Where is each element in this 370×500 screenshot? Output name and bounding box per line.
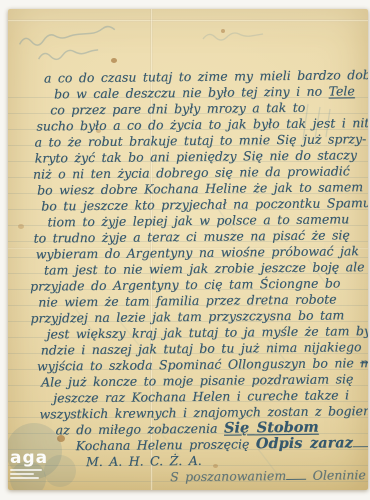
letter-line: S poszanowaniem Oleninie <box>10 467 368 487</box>
handwritten-underline <box>286 468 306 480</box>
handwritten-text: Tele <box>328 83 354 98</box>
handwritten-underline <box>353 435 368 448</box>
stain <box>111 58 117 63</box>
handwritten-text: Odpis zaraz <box>256 434 353 452</box>
handwritten-text: jeszcze raz Kochana Helen i cureche takz… <box>53 387 349 405</box>
letter-paper: a co do czasu tutaj to zime my mieli bar… <box>8 9 368 490</box>
handwritten-text: Oleninie <box>306 467 366 483</box>
handwritten-text: ma <box>360 355 368 370</box>
handwritten-text: tiom to żyje lepiej jak w polsce a to sa… <box>47 211 349 229</box>
handwritten-text: M. A. H. C. Ż. A. <box>86 453 202 469</box>
handwritten-text: nie wiem że tam familia przez dretna rob… <box>38 291 336 309</box>
handwritten-text: az do miłego zobaczenia <box>56 421 224 438</box>
handwritten-text: co przez pare dni były mrozy a tak to <box>50 100 305 118</box>
handwritten-text: bo w cale deszczu nie było tej ziny i no <box>54 84 329 102</box>
handwritten-text: Kochana Helenu proszęcię <box>76 436 256 453</box>
letter-scan: a co do czasu tutaj to zime my mieli bar… <box>0 0 370 500</box>
fold-crease-horizontal <box>8 19 368 22</box>
handwritten-text: S poszanowaniem <box>170 468 286 484</box>
letter-body: a co do czasu tutaj to zime my mieli bar… <box>8 67 368 487</box>
stain <box>221 29 225 33</box>
